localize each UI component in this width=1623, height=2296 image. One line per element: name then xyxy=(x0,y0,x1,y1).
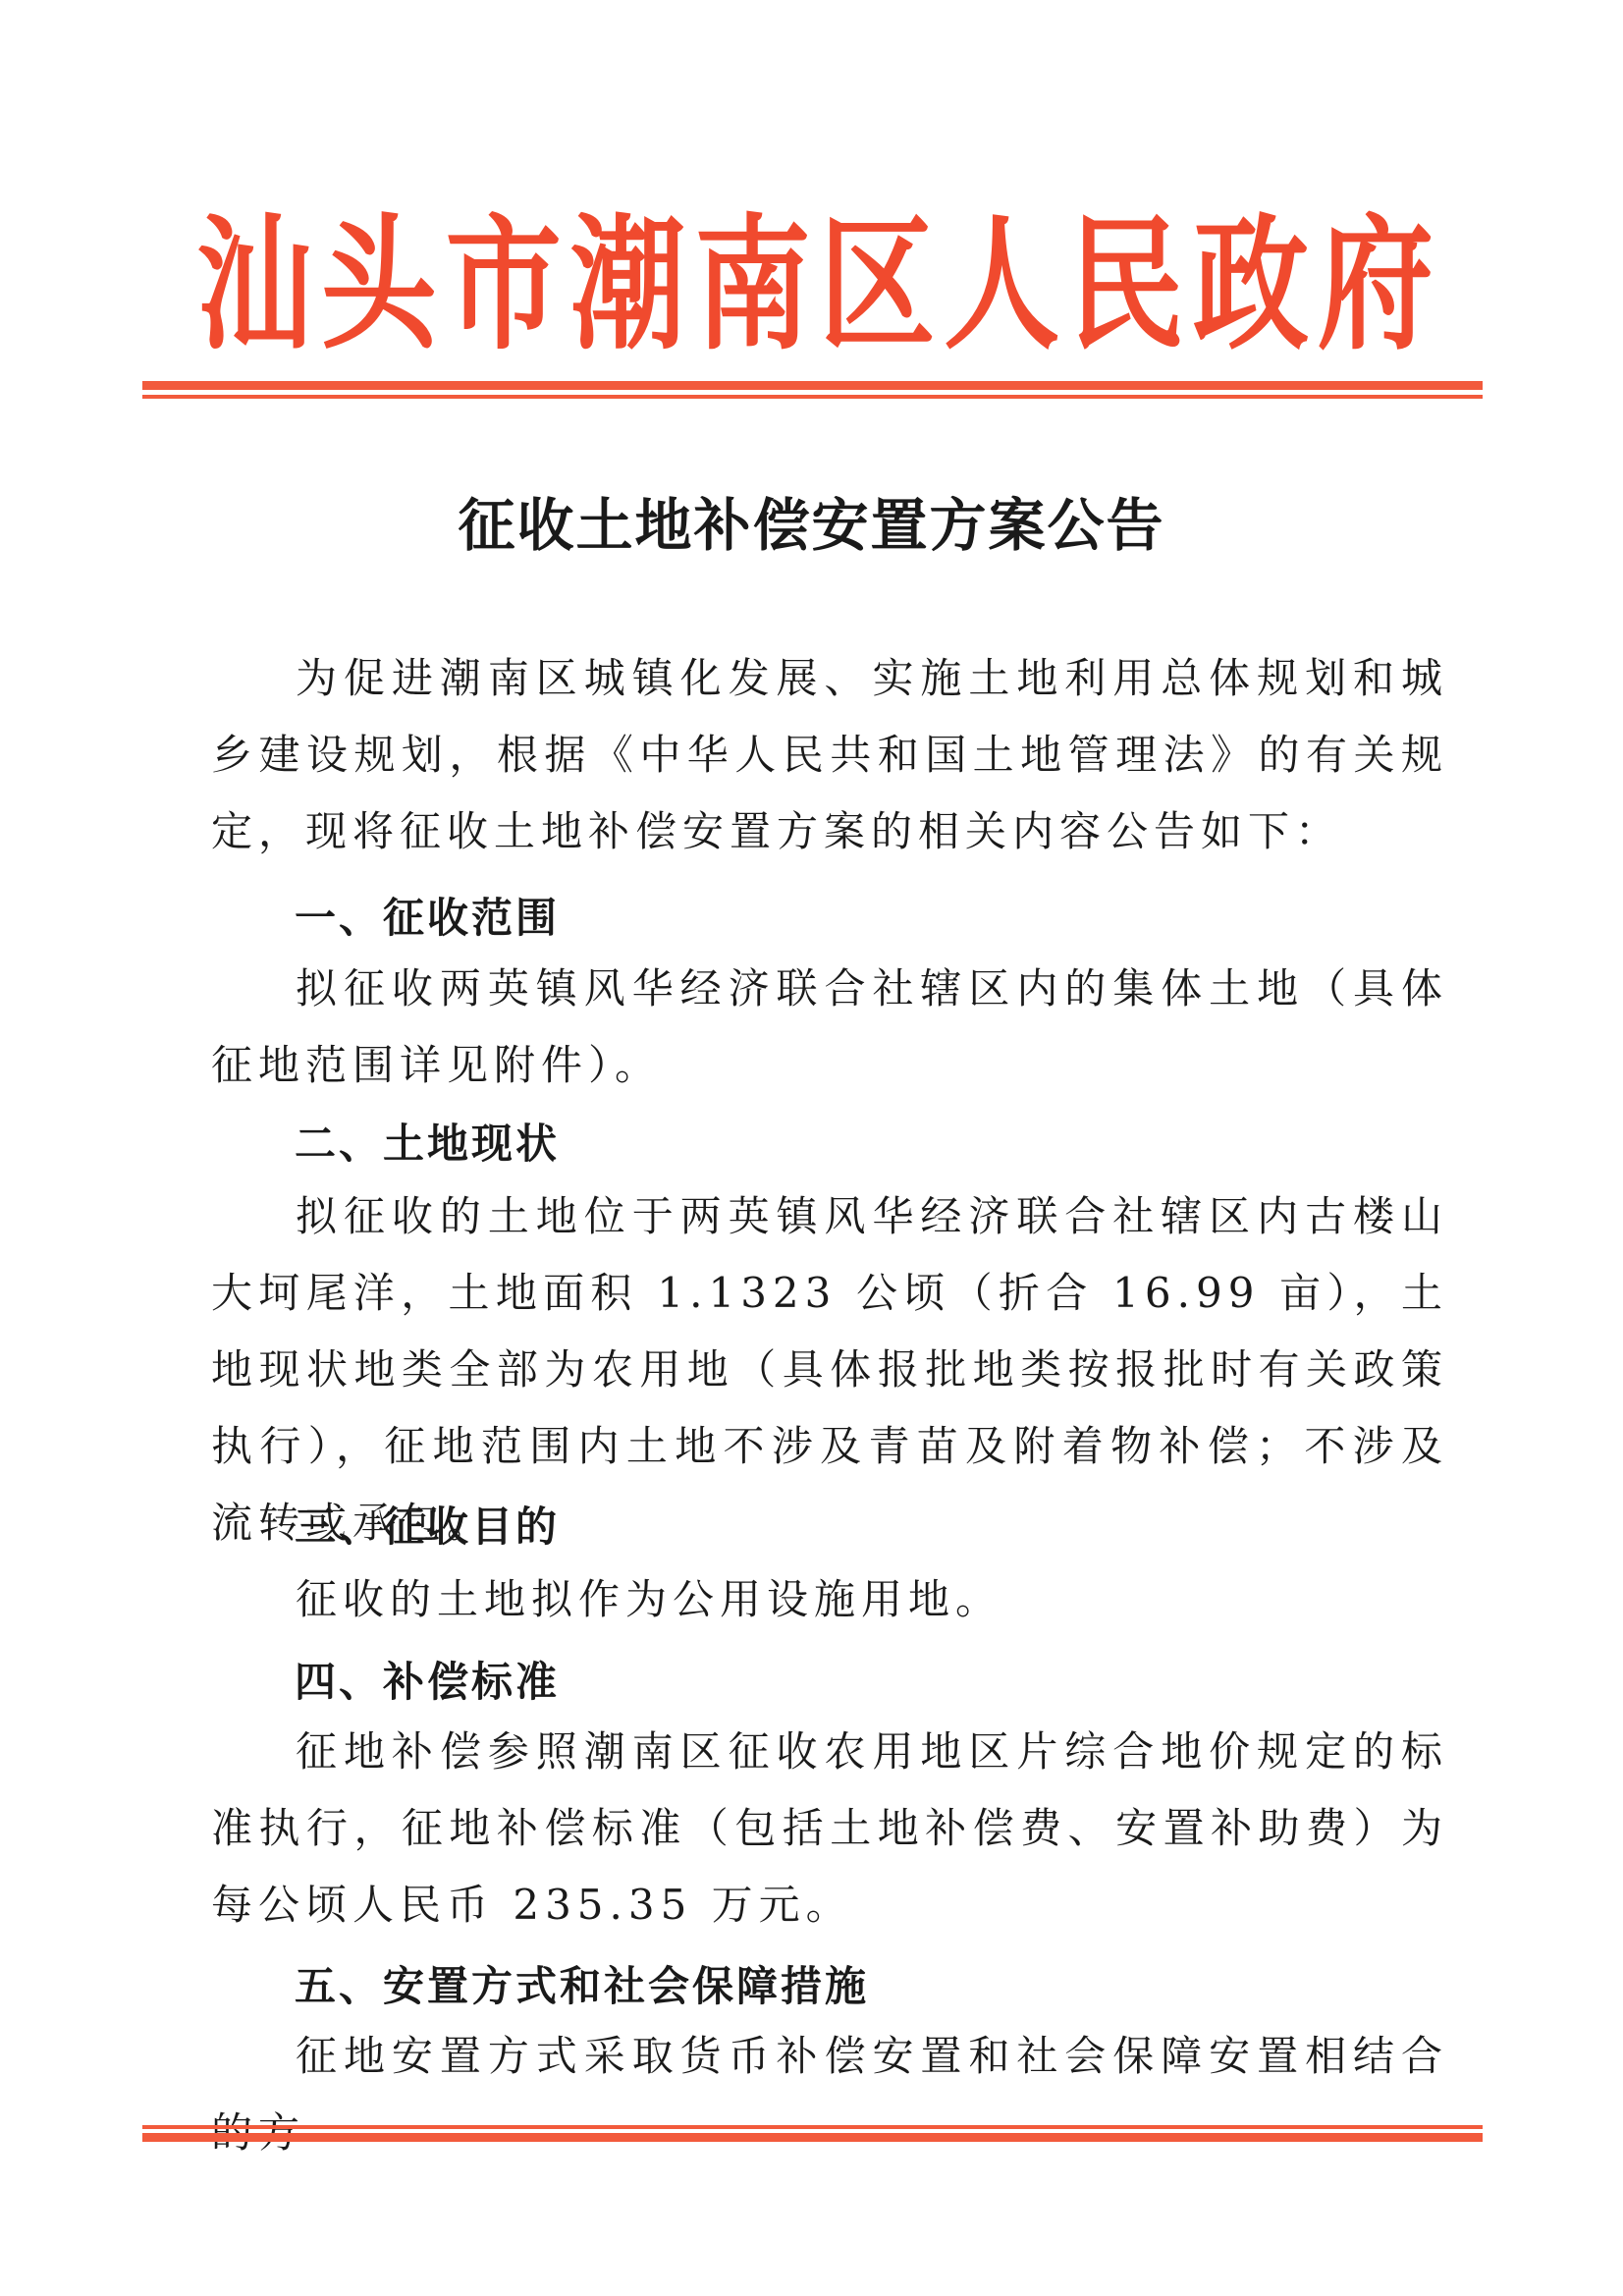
masthead-char: 人 xyxy=(944,212,1059,357)
masthead-char: 府 xyxy=(1318,212,1434,357)
section-heading: 一、征收范围 xyxy=(295,886,560,945)
bottom-rule-thick xyxy=(142,2133,1483,2142)
section-body: 拟征收两英镇风华经济联合社辖区内的集体土地（具体征地范围详见附件）。 xyxy=(211,951,1448,1104)
bottom-rule-thin xyxy=(142,2125,1483,2129)
section-heading: 三、征收目的 xyxy=(295,1495,560,1554)
masthead-char: 南 xyxy=(695,212,811,357)
top-rule-thin xyxy=(142,395,1483,399)
masthead-char: 潮 xyxy=(570,212,686,357)
section-heading: 五、安置方式和社会保障措施 xyxy=(295,1954,869,2013)
masthead-char: 头 xyxy=(321,212,437,357)
masthead-char: 区 xyxy=(819,212,935,357)
masthead-char: 政 xyxy=(1193,212,1309,357)
section-heading: 四、补偿标准 xyxy=(295,1650,560,1709)
masthead-char: 汕 xyxy=(196,212,312,357)
section-body: 征地安置方式采取货币补偿安置和社会保障安置相结合的方 xyxy=(211,2018,1448,2171)
top-rule-thick xyxy=(142,381,1483,390)
section-body: 征收的土地拟作为公用设施用地。 xyxy=(211,1561,1448,1638)
document-title: 征收土地补偿安置方案公告 xyxy=(0,479,1623,562)
masthead-char: 市 xyxy=(446,212,562,357)
section-body: 征地补偿参照潮南区征收农用地区片综合地价规定的标准执行，征地补偿标准（包括土地补… xyxy=(211,1714,1448,1943)
section-heading: 二、土地现状 xyxy=(295,1112,560,1171)
masthead-issuer: 汕 头 市 潮 南 区 人 民 政 府 xyxy=(196,211,1434,358)
intro-paragraph: 为促进潮南区城镇化发展、实施土地利用总体规划和城乡建设规划，根据《中华人民共和国… xyxy=(211,640,1448,870)
masthead-char: 民 xyxy=(1068,212,1184,357)
